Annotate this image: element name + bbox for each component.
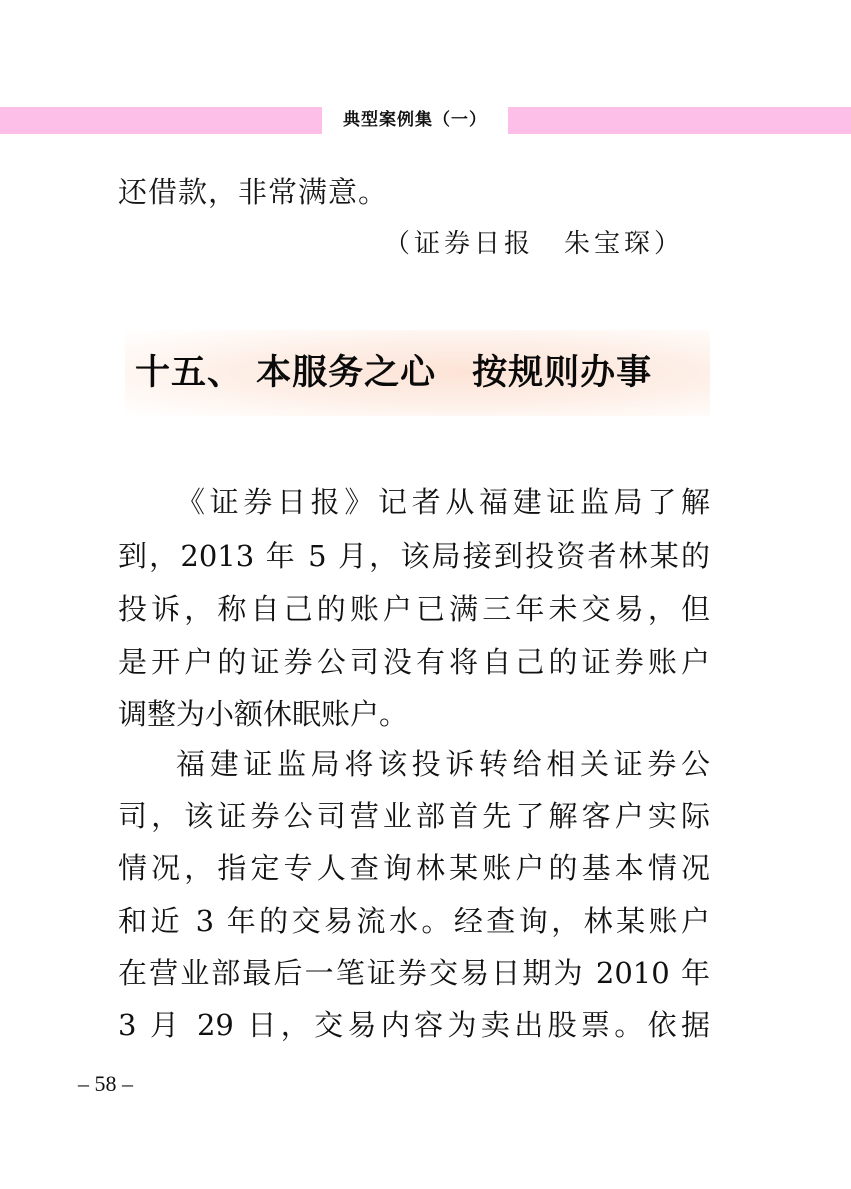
previous-article-closing-line: 还借款，非常满意。	[118, 174, 388, 210]
section-title: 十五、 本服务之心 按规则办事	[135, 349, 652, 397]
paragraph-line: 到，2013 年 5 月，该局接到投资者林某的	[118, 538, 710, 574]
article-source-attribution: （证券日报 朱宝琛）	[384, 227, 684, 261]
paragraph-line: 《证券日报》记者从福建证监局了解	[176, 484, 710, 520]
paragraph-line: 3 月 29 日，交易内容为卖出股票。依据	[118, 1007, 710, 1043]
paragraph-line: 和近 3 年的交易流水。经查询，林某账户	[118, 903, 710, 939]
page-number: – 58 –	[78, 1070, 133, 1098]
header-band-left	[0, 107, 322, 134]
header-band-right	[508, 107, 851, 134]
paragraph-line: 是开户的证券公司没有将自己的证券账户	[118, 644, 710, 680]
paragraph-line: 在营业部最后一笔证券交易日期为 2010 年	[118, 955, 710, 991]
paragraph-line: 司，该证券公司营业部首先了解客户实际	[118, 798, 710, 834]
paragraph-line: 调整为小额休眠账户。	[118, 696, 710, 732]
paragraph-line: 情况，指定专人查询林某账户的基本情况	[118, 850, 710, 886]
running-title: 典型案例集（一）	[322, 107, 508, 134]
paragraph-line: 福建证监局将该投诉转给相关证券公	[176, 746, 710, 782]
paragraph-line: 投诉，称自己的账户已满三年未交易，但	[118, 591, 710, 627]
running-header: 典型案例集（一）	[0, 107, 851, 134]
